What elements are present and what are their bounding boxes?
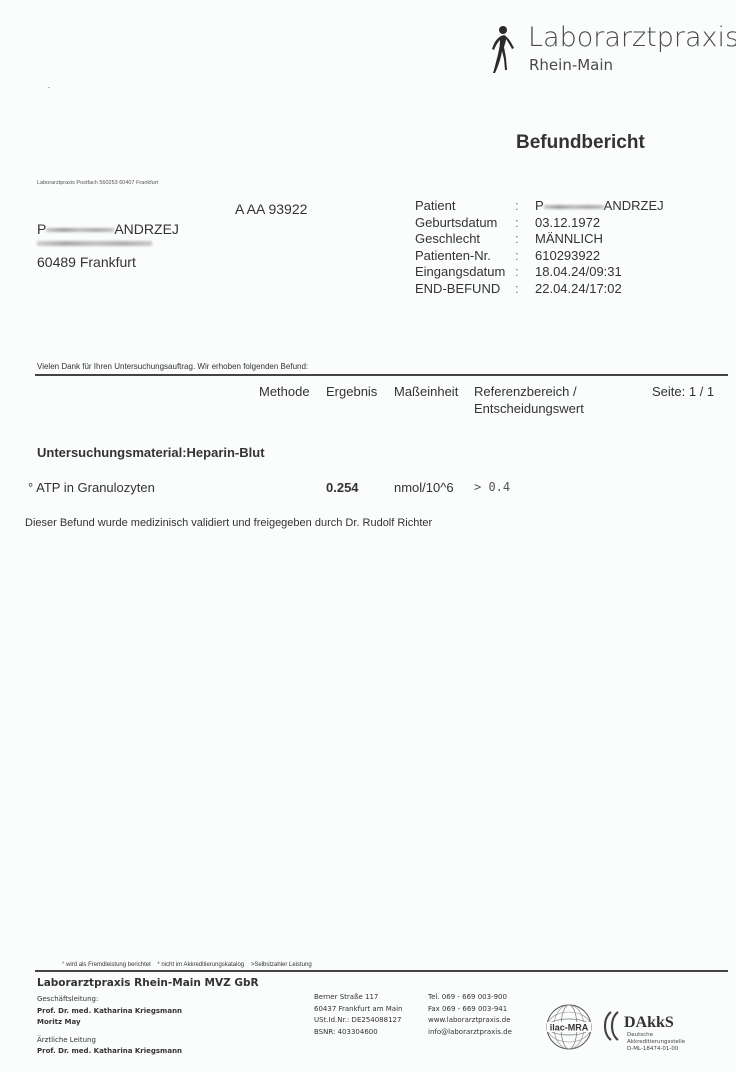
header-ergebnis: Ergebnis	[326, 383, 377, 400]
phone: Tel. 069 - 669 003-900	[428, 992, 512, 1004]
info-label: Eingangsdatum	[415, 264, 515, 281]
info-label: Patient	[415, 198, 515, 215]
info-separator: :	[515, 281, 535, 298]
info-row-patient: Patient : PANDRZEJ	[415, 198, 664, 215]
header-methode: Methode	[259, 383, 310, 400]
medical-lead-label: Ärztliche Leitung	[37, 1035, 182, 1047]
footer-address: Berner Straße 117 60437 Frankfurt am Mai…	[314, 992, 402, 1038]
specimen-material: Untersuchungsmaterial:Heparin-Blut	[37, 445, 265, 460]
sender-line: Laborarztpraxis Postfach 560253 60407 Fr…	[37, 180, 158, 186]
reference-number: A AA 93922	[235, 201, 307, 217]
website-link[interactable]: www.laborarztpraxis.de	[428, 1015, 512, 1027]
info-separator: :	[515, 248, 535, 265]
validation-text: Dieser Befund wurde medizinisch validier…	[25, 517, 432, 529]
info-value: 18.04.24/09:31	[535, 264, 622, 281]
info-separator: :	[515, 231, 535, 248]
footer-company: Laborarztpraxis Rhein-Main MVZ GbR	[37, 977, 259, 989]
vat-id: USt.Id.Nr.: DE254088127	[314, 1015, 402, 1027]
patient-name-suffix: ANDRZEJ	[604, 198, 664, 213]
document-title: Befundbericht	[516, 132, 645, 154]
patient-name-prefix: P	[535, 198, 544, 213]
address-line: 60437 Frankfurt am Main	[314, 1004, 402, 1016]
info-value: 03.12.1972	[535, 215, 600, 232]
info-label: Geburtsdatum	[415, 215, 515, 232]
test-reference: > 0.4	[474, 480, 510, 494]
management-person: Prof. Dr. med. Katharina Kriegsmann	[37, 1006, 182, 1018]
recipient-address: PANDRZEJ 60489 Frankfurt	[37, 219, 179, 272]
redacted-street	[37, 241, 152, 246]
dakks-sub-line: Deutsche	[627, 1032, 685, 1039]
info-label: Patienten-Nr.	[415, 248, 515, 265]
redaction-bar	[544, 205, 604, 209]
dakks-arcs-icon	[597, 1010, 623, 1042]
lab-logo: Laborarztpraxis Rhein-Main	[486, 22, 736, 77]
info-separator: :	[515, 215, 535, 232]
info-separator: :	[515, 264, 535, 281]
header-referenz: Referenzbereich / Entscheidungswert	[474, 383, 584, 417]
management-label: Geschäftsleitung:	[37, 994, 182, 1006]
patient-info: Patient : PANDRZEJ Geburtsdatum : 03.12.…	[415, 198, 664, 297]
svg-text:ilac-MRA: ilac-MRA	[550, 1023, 589, 1033]
info-value: MÄNNLICH	[535, 231, 603, 248]
recipient-name-prefix: P	[37, 221, 46, 237]
dakks-logo: DAkkS Deutsche Akkreditierungsstelle D-M…	[597, 1006, 732, 1056]
info-value: 610293922	[535, 248, 600, 265]
info-separator: :	[515, 198, 535, 215]
info-value: 22.04.24/17:02	[535, 281, 622, 298]
logo-subtitle: Rhein-Main	[529, 56, 613, 74]
info-value: PANDRZEJ	[535, 198, 664, 215]
footer-divider	[35, 970, 728, 972]
address-line: Berner Straße 117	[314, 992, 402, 1004]
table-row-name: ° ATP in Granulozyten	[28, 480, 155, 495]
ilac-globe-icon: ilac-MRA	[545, 1003, 593, 1051]
dakks-subtitle: Deutsche Akkreditierungsstelle D-ML-1847…	[627, 1032, 685, 1053]
external-service-marker: °	[28, 480, 33, 495]
header-referenz-line2: Entscheidungswert	[474, 400, 584, 417]
dakks-name: DAkkS	[624, 1014, 674, 1032]
page-indicator: Seite: 1 / 1	[652, 383, 714, 400]
bsnr: BSNR: 403304600	[314, 1027, 402, 1039]
info-label: END-BEFUND	[415, 281, 515, 298]
header-einheit: Maßeinheit	[394, 383, 458, 400]
header-referenz-line1: Referenzbereich /	[474, 383, 584, 400]
footer-management: Geschäftsleitung: Prof. Dr. med. Kathari…	[37, 994, 182, 1058]
walking-person-icon	[486, 25, 516, 75]
info-row-birthdate: Geburtsdatum : 03.12.1972	[415, 215, 664, 232]
scan-speck	[48, 87, 50, 88]
footer-contact: Tel. 069 - 669 003-900 Fax 069 - 669 003…	[428, 992, 512, 1038]
info-row-received-date: Eingangsdatum : 18.04.24/09:31	[415, 264, 664, 281]
recipient-city: 60489 Frankfurt	[37, 252, 179, 272]
fax: Fax 069 - 669 003-941	[428, 1004, 512, 1016]
dakks-accreditation-number: D-ML-18474-01-00	[627, 1046, 685, 1053]
info-label: Geschlecht	[415, 231, 515, 248]
divider	[35, 374, 728, 376]
dakks-sub-line: Akkreditierungsstelle	[627, 1039, 685, 1046]
info-row-final-report: END-BEFUND : 22.04.24/17:02	[415, 281, 664, 298]
test-name: ATP in Granulozyten	[36, 480, 155, 495]
medical-lead-person: Prof. Dr. med. Katharina Kriegsmann	[37, 1046, 182, 1058]
ilac-mra-logo: ilac-MRA	[545, 1003, 593, 1051]
test-result: 0.254	[326, 480, 359, 495]
email-link[interactable]: info@laborarztpraxis.de	[428, 1027, 512, 1039]
management-person: Moritz May	[37, 1017, 182, 1029]
redaction-bar	[46, 228, 114, 232]
footer-legend: ° wird als Fremdleistung berichtet * nic…	[62, 962, 312, 968]
test-unit: nmol/10^6	[394, 480, 454, 495]
logo-name: Laborarztpraxis	[528, 22, 736, 53]
info-row-patient-number: Patienten-Nr. : 610293922	[415, 248, 664, 265]
recipient-name: PANDRZEJ	[37, 219, 179, 239]
info-row-sex: Geschlecht : MÄNNLICH	[415, 231, 664, 248]
recipient-name-suffix: ANDRZEJ	[114, 221, 179, 237]
intro-text: Vielen Dank für Ihren Untersuchungsauftr…	[37, 362, 308, 371]
